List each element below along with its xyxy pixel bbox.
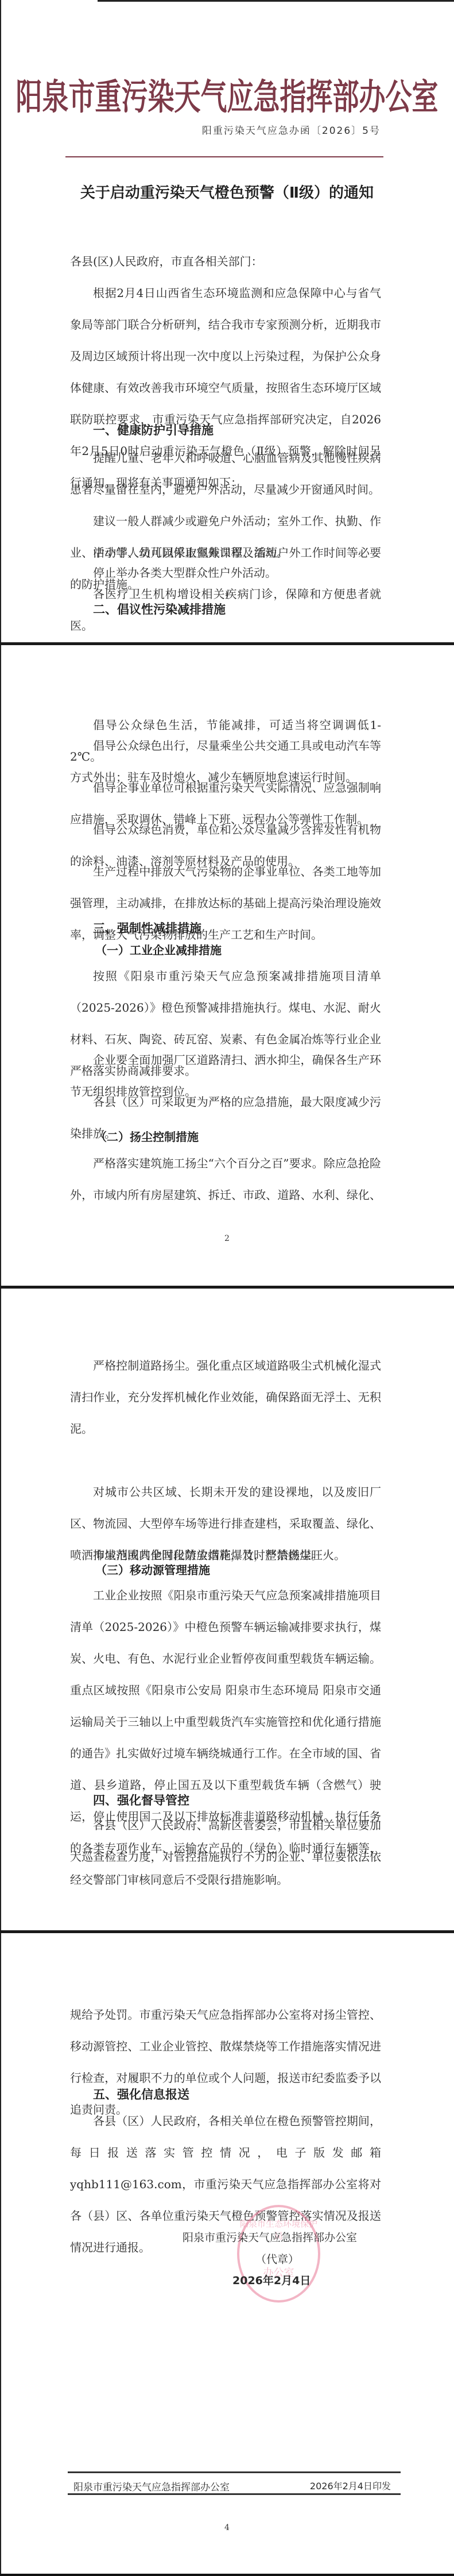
section-heading-3: 三、强制性减排措施 [93, 919, 201, 936]
paragraph: 生产过程中排放大气污染物的企事业单位、各类工地等加强管理，主动减排，在排放达标的… [70, 856, 381, 951]
signature-seal-note: （代章） [255, 2251, 299, 2266]
document-number: 阳重污染天气应急办函〔2026〕5号 [202, 122, 381, 137]
subsection-heading-1: （一）工业企业减排措施 [95, 941, 222, 958]
subsection-heading-2: （二）扬尘控制措施 [95, 1128, 199, 1144]
signature-issuer: 阳泉市重污染天气应急指挥部办公室 [183, 2229, 357, 2245]
paragraph: 各县（区）人民政府、高新区管委会，市直相关单位要加大巡查检查力度，对管控措施执行… [70, 1810, 381, 1873]
page-number: 4 [0, 2523, 454, 2532]
page-number: 3 [0, 1877, 454, 1887]
section-heading-2: 二、倡议性污染减排措施 [93, 600, 226, 618]
document-title: 关于启动重污染天气橙色预警（Ⅱ级）的通知 [0, 181, 454, 202]
paragraph: 严格控制道路扬尘。强化重点区域道路吸尘式机械化湿式清扫作业，充分发挥机械化作业效… [70, 1350, 381, 1445]
salutation: 各县(区)人民政府，市直各相关部门： [70, 246, 381, 277]
footer-issuer: 阳泉市重污染天气应急指挥部办公室 [73, 2479, 230, 2493]
footer-top-rule [68, 2471, 401, 2473]
page-number: 1 [0, 592, 454, 601]
section-heading-1: 一、健康防护引导措施 [93, 421, 214, 438]
red-header-issuer: 阳泉市重污染天气应急指挥部办公室 [0, 69, 454, 120]
paragraph: 严格落实建筑施工扬尘“六个百分之百”要求。除应急抢险外，市域内所有房屋建筑、拆迁… [70, 1148, 381, 1211]
subsection-heading-3: （三）移动源管理措施 [95, 1561, 210, 1578]
section-heading-5: 五、强化信息报送 [93, 2085, 189, 2103]
scan-edge-top [98, 0, 454, 2]
signature-date: 2026年2月4日 [232, 2272, 311, 2288]
footer-print-date: 2026年2月4日印发 [310, 2479, 391, 2492]
footer-bottom-rule [68, 2493, 401, 2495]
red-divider-line [65, 156, 383, 157]
section-heading-4: 四、强化督导管控 [93, 1791, 189, 1808]
scan-edge-bottom [0, 2574, 454, 2576]
page-number: 2 [0, 1234, 454, 1243]
paragraph: 提醒儿童、老年人和呼吸道、心脑血管病及其他慢性疾病患者尽量留在室内，避免户外活动… [70, 442, 381, 506]
